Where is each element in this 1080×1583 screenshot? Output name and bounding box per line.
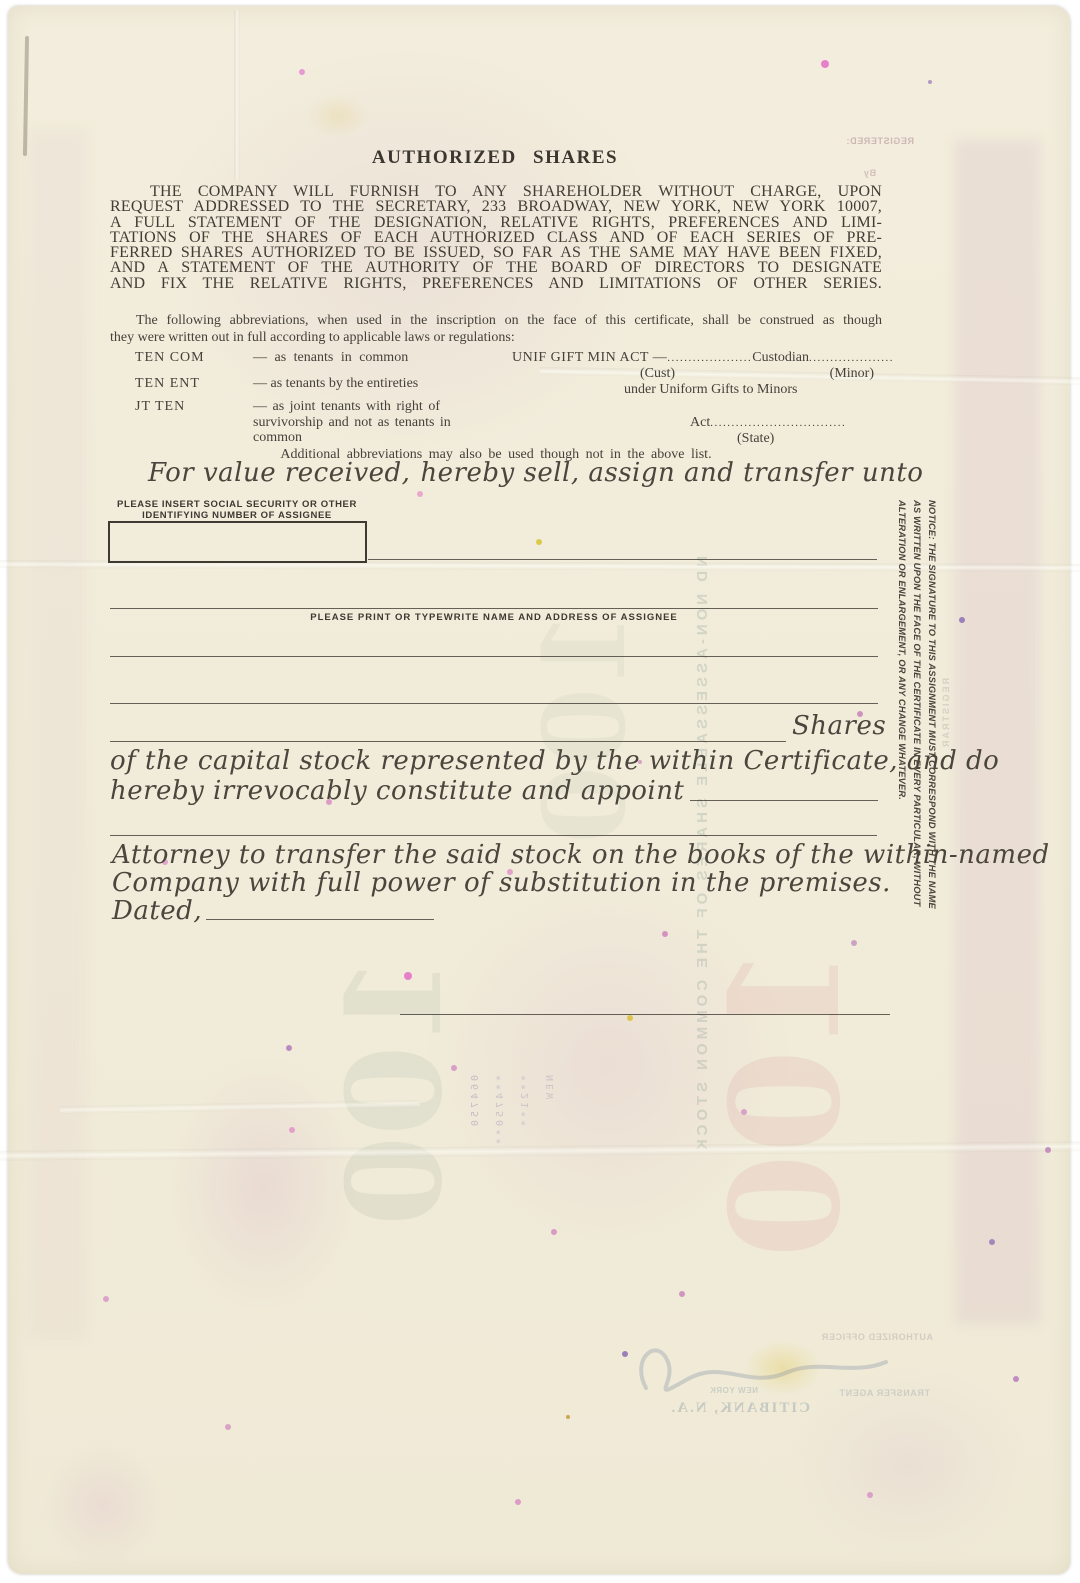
ugma-state: (State)	[737, 431, 880, 447]
dated-row: Dated,	[112, 896, 434, 926]
abbreviation-row-jt-ten: JT TEN — as joint tenants with right of …	[135, 399, 485, 446]
paragraph-line: AND A STATEMENT OF THE AUTHORITY OF THE …	[110, 260, 882, 275]
fill-line	[110, 703, 878, 704]
paragraph-line: THE COMPANY WILL FURNISH TO ANY SHAREHOL…	[110, 184, 882, 199]
paragraph-line: TATIONS OF THE SHARES OF EACH AUTHORIZED…	[110, 230, 882, 245]
scanned-certificate-back: REGISTERED: By ND NON-ASSESSABLE SHARES …	[0, 0, 1080, 1583]
ssn-box-label-line: IDENTIFYING NUMBER OF ASSIGNEE	[108, 510, 366, 521]
signature-line	[400, 1014, 890, 1015]
unif-gift-min-act-block: UNIF GIFT MIN ACT — ....................…	[512, 350, 880, 447]
ugma-minor: (Minor)	[830, 366, 874, 382]
ugma-under: under Uniform Gifts to Minors	[624, 382, 880, 398]
paragraph-line: REQUEST ADDRESSED TO THE SECRETARY, 233 …	[110, 199, 882, 214]
ink-specks	[0, 0, 4, 4]
ugma-dots: ........................................	[710, 417, 845, 429]
ugma-act-label: Act	[690, 415, 710, 431]
ugma-dots: ....................	[809, 352, 894, 364]
signature-notice: NOTICE: THE SIGNATURE TO THIS ASSIGNMENT…	[893, 500, 939, 948]
notice-line: AS WRITTEN UPON THE FACE OF THE CERTIFIC…	[909, 500, 924, 948]
ssn-box-label-line: PLEASE INSERT SOCIAL SECURITY OR OTHER	[108, 499, 366, 510]
capital-stock-text: of the capital stock represented by the …	[110, 746, 900, 776]
ugma-custodian: Custodian	[752, 350, 809, 366]
paragraph-line: AND FIX THE RELATIVE RIGHTS, PREFERENCES…	[110, 276, 882, 291]
appoint-text: hereby irrevocably constitute and appoin…	[110, 776, 684, 806]
sell-assign-text: hereby sell, assign and transfer unto	[420, 458, 923, 488]
abbreviation-term: TEN ENT	[135, 376, 253, 392]
blank-line	[206, 919, 434, 920]
ugma-line: UNIF GIFT MIN ACT — ....................…	[512, 350, 880, 366]
abbreviations-intro-line: The following abbreviations, when used i…	[110, 313, 882, 330]
paragraph-line: FERRED SHARES AUTHORIZED TO BE ISSUED, S…	[110, 245, 882, 260]
ssn-entry-box	[108, 521, 367, 563]
fill-line	[110, 656, 878, 657]
abbreviation-term: JT TEN	[135, 399, 253, 446]
appoint-row: hereby irrevocably constitute and appoin…	[110, 776, 878, 806]
for-value-received-row: For value received, hereby sell, assign …	[148, 458, 888, 488]
fill-line	[110, 741, 786, 742]
notice-line: NOTICE: THE SIGNATURE TO THIS ASSIGNMENT…	[924, 500, 939, 948]
ugma-act: Act ....................................…	[512, 415, 880, 431]
ugma-label: UNIF GIFT MIN ACT —	[512, 350, 667, 366]
attorney-text-line2: Company with full power of substitution …	[112, 868, 902, 898]
blank-line	[690, 800, 878, 801]
fill-line	[368, 559, 877, 560]
notice-line: ALTERATION OR ENLARGEMENT, OR ANY CHANGE…	[894, 500, 909, 948]
abbreviation-row-ten-ent: TEN ENT — as tenants by the entireties	[135, 376, 485, 392]
abbreviation-definition: — as joint tenants with right of survivo…	[253, 399, 471, 446]
abbreviations-intro-line: they were written out in full according …	[110, 330, 882, 347]
fill-line	[110, 608, 878, 609]
abbreviations-intro: The following abbreviations, when used i…	[110, 313, 882, 346]
authorized-shares-paragraph: THE COMPANY WILL FURNISH TO ANY SHAREHOL…	[110, 184, 882, 291]
abbreviation-term: TEN COM	[135, 350, 253, 366]
abbreviation-definition: — as tenants by the entireties	[253, 376, 418, 392]
shares-text: Shares	[792, 711, 886, 741]
dated-text: Dated,	[112, 896, 202, 926]
paragraph-line: A FULL STATEMENT OF THE DESIGNATION, REL…	[110, 215, 882, 230]
ugma-dots: ....................	[667, 352, 752, 364]
abbreviation-definition: — as tenants in common	[253, 350, 408, 366]
abbreviation-row-ten-com: TEN COM — as tenants in common	[135, 350, 485, 366]
ugma-cust: (Cust)	[640, 366, 675, 382]
print-name-label: PLEASE PRINT OR TYPEWRITE NAME AND ADDRE…	[110, 612, 878, 623]
for-value-received-text: For value received,	[148, 458, 410, 488]
ssn-box-label: PLEASE INSERT SOCIAL SECURITY OR OTHER I…	[108, 499, 366, 521]
authorized-shares-heading: AUTHORIZED SHARES	[110, 147, 880, 169]
attorney-text-line1: Attorney to transfer the said stock on t…	[112, 840, 902, 870]
ugma-cust-minor: (Cust) (Minor)	[512, 366, 880, 382]
fill-line	[110, 835, 877, 836]
